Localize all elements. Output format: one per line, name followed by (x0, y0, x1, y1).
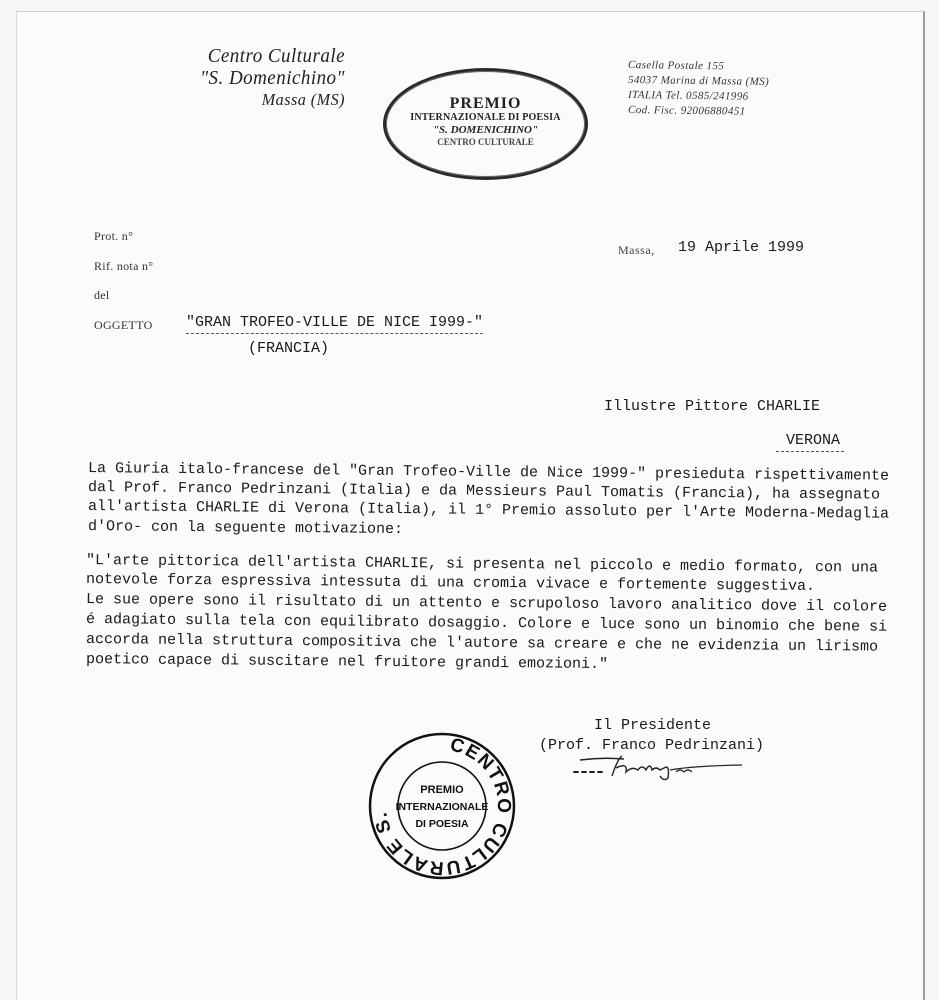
oval-stamp-line: CENTRO CULTURALE (383, 137, 588, 148)
contact-line: Cod. Fisc. 92006880451 (628, 103, 769, 120)
round-stamp-graphic: CENTRO CULTURALE S. DOMENICHINO - PREMIO… (367, 731, 517, 881)
letterhead-organization: Centro Culturale "S. Domenichino" Massa … (188, 45, 345, 111)
oval-stamp-icon: PREMIO INTERNAZIONALE DI POESIA "S. DOME… (383, 68, 588, 180)
oval-stamp-line: INTERNAZIONALE DI POESIA (383, 112, 588, 124)
handwritten-signature-icon (572, 752, 747, 782)
letter-date: 19 Aprile 1999 (678, 239, 804, 256)
subject-label: OGGETTO (94, 318, 153, 333)
protocol-label: Prot. n° (94, 229, 133, 244)
reference-note-label: Rif. nota n° (94, 259, 153, 274)
of-label: del (94, 288, 110, 303)
round-stamp-inner-line: INTERNAZIONALE (396, 801, 489, 813)
round-stamp-icon: CENTRO CULTURALE S. DOMENICHINO - PREMIO… (367, 731, 517, 881)
body-intro-line: d'Oro- con la seguente motivazione: (88, 518, 403, 538)
round-stamp-inner-line: PREMIO (420, 784, 464, 796)
oval-stamp-line: "S. DOMENICHINO" (383, 124, 588, 137)
date-city: Massa, (618, 243, 655, 258)
oval-stamp-line: PREMIO (383, 96, 588, 112)
round-stamp-inner-line: DI POESIA (415, 818, 469, 830)
org-line: Centro Culturale (188, 45, 345, 67)
addressee-name: Illustre Pittore CHARLIE (604, 398, 820, 415)
signature-title: Il Presidente (594, 717, 711, 734)
addressee-city: VERONA (776, 432, 844, 452)
subject-title: "GRAN TROFEO-VILLE DE NICE I999-" (186, 314, 483, 334)
subject-country: (FRANCIA) (248, 340, 329, 357)
org-line: Massa (MS) (188, 89, 345, 111)
letterhead-contact: Casella Postale 155 54037 Marina di Mass… (628, 58, 769, 118)
oval-stamp-text: PREMIO INTERNAZIONALE DI POESIA "S. DOME… (383, 96, 588, 148)
org-line: "S. Domenichino" (188, 67, 345, 89)
